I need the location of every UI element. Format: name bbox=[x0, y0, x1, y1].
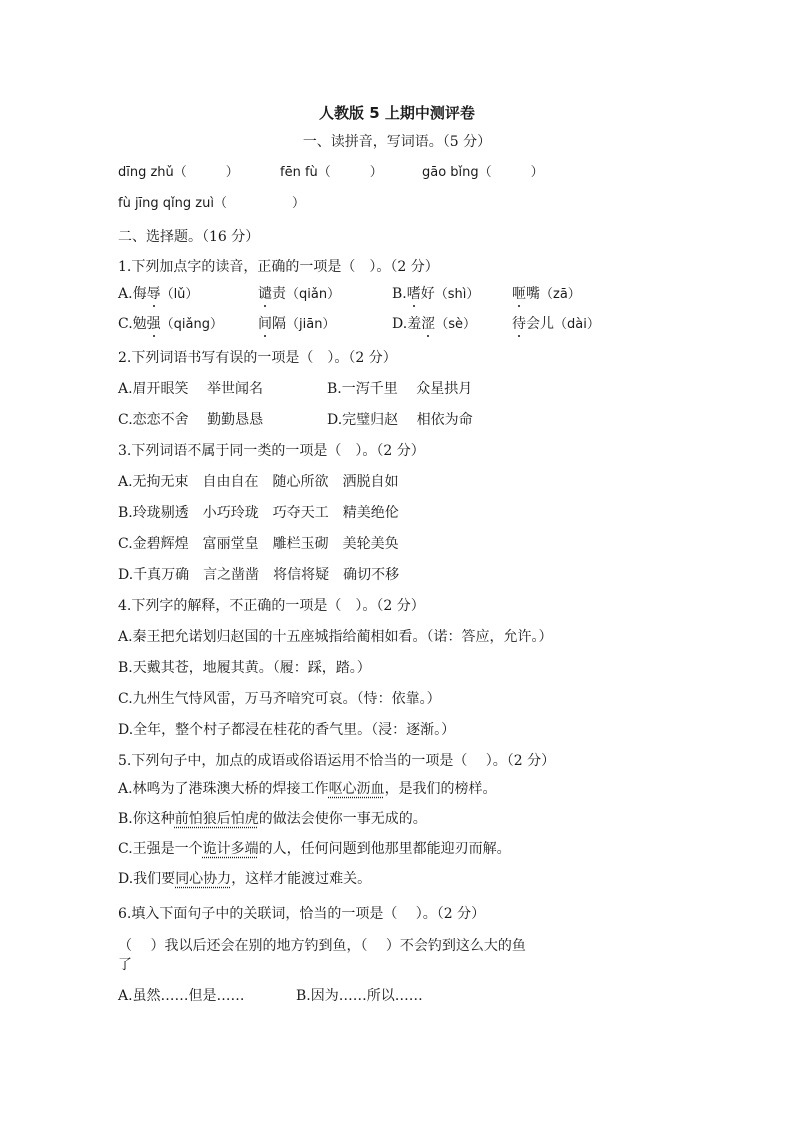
answer-blank[interactable]: （ ） bbox=[318, 165, 383, 180]
section-2-heading: 二、选择题。（16 分） bbox=[118, 228, 259, 246]
answer-blank[interactable]: （ ） bbox=[479, 165, 544, 180]
sentence-text: B.你这种 bbox=[118, 811, 175, 827]
option-a[interactable]: A.林鸣为了港珠澳大桥的焊接工作呕心沥血，是我们的榜样。 bbox=[118, 780, 497, 798]
question-5-stem: 5.下列句子中，加点的成语或俗语运用不恰当的一项是（ ）。（2 分） bbox=[118, 752, 555, 770]
section-1-heading: 一、读拼音，写词语。（5 分） bbox=[0, 131, 794, 151]
pinyin-row-2: fù jīng qǐng zuì（ ） bbox=[118, 195, 305, 213]
pinyin-text: fù jīng qǐng zuì bbox=[118, 196, 214, 211]
word-char: 羞 bbox=[407, 316, 421, 332]
dotted-phrase: 呕心沥血 bbox=[329, 781, 385, 797]
sentence-text: C.王强是一个 bbox=[118, 841, 203, 857]
option-b[interactable]: B.玲珑剔透 小巧玲珑 巧夺天工 精美绝伦 bbox=[118, 504, 399, 522]
pinyin-text: （qiǎn） bbox=[286, 287, 340, 302]
question-2-stem: 2.下列词语书写有误的一项是（ ）。（2 分） bbox=[118, 349, 397, 367]
option-label: A. bbox=[118, 286, 133, 302]
answer-blank[interactable]: （ ） bbox=[174, 165, 239, 180]
option-d[interactable]: D.羞涩（sè） bbox=[392, 315, 476, 334]
pinyin-text: fēn fù bbox=[280, 165, 318, 180]
option-a[interactable]: A.秦王把允诺划归赵国的十五座城指给蔺相如看。（诺：答应，允许。） bbox=[118, 628, 553, 646]
option-c[interactable]: C.王强是一个诡计多端的人，任何问题到他那里都能迎刃而解。 bbox=[118, 840, 511, 858]
option-label: B. bbox=[392, 286, 407, 302]
option-c[interactable]: C.恋恋不舍 勤勤恳恳 bbox=[118, 411, 263, 429]
pinyin-text: （jiān） bbox=[286, 317, 335, 332]
option-b[interactable]: B.嗜好（shì） bbox=[392, 285, 479, 304]
dotted-char: 待 bbox=[512, 315, 526, 333]
answer-blank[interactable]: （ ） bbox=[214, 196, 305, 211]
option-b-word-2: 咂嘴（zā） bbox=[512, 285, 581, 304]
dotted-char: 辱 bbox=[147, 285, 161, 303]
sentence-text: ，是我们的榜样。 bbox=[385, 781, 497, 797]
pinyin-text: dīng zhǔ bbox=[118, 165, 174, 180]
option-label: D. bbox=[392, 316, 407, 332]
dotted-char: 谴 bbox=[258, 285, 272, 303]
pinyin-text: （qiǎng） bbox=[161, 317, 223, 332]
option-a[interactable]: A.无拘无束 自由自在 随心所欲 洒脱自如 bbox=[118, 473, 399, 491]
pinyin-item: dīng zhǔ（ ） bbox=[118, 164, 239, 182]
option-a-word-2: 谴责（qiǎn） bbox=[258, 285, 340, 304]
word-char: 隔 bbox=[272, 316, 286, 332]
option-b[interactable]: B.一泻千里 众星拱月 bbox=[327, 380, 472, 398]
pinyin-text: （sè） bbox=[435, 317, 476, 332]
option-d-word-2: 待会儿（dài） bbox=[512, 315, 600, 334]
dotted-phrase: 同心协力 bbox=[175, 871, 231, 887]
sentence-text: 的人，任何问题到他那里都能迎刃而解。 bbox=[259, 841, 511, 857]
option-a[interactable]: A.虽然……但是…… bbox=[118, 987, 245, 1005]
question-6-stem: 6.填入下面句子中的关联词，恰当的一项是（ ）。（2 分） bbox=[118, 905, 485, 923]
pinyin-text: gāo bǐng bbox=[422, 165, 479, 180]
option-b[interactable]: B.因为……所以…… bbox=[296, 987, 423, 1005]
word-char: 侮 bbox=[133, 286, 147, 302]
dotted-char: 咂 bbox=[512, 285, 526, 303]
question-4-stem: 4.下列字的解释，不正确的一项是（ ）。（2 分） bbox=[118, 597, 425, 615]
question-1-options-row-1: A.侮辱（lǔ） 谴责（qiǎn） B.嗜好（shì） 咂嘴（zā） bbox=[118, 285, 678, 305]
dotted-phrase: 前怕狼后怕虎 bbox=[175, 811, 259, 827]
option-a[interactable]: A.侮辱（lǔ） bbox=[118, 285, 198, 304]
sentence-text: A.林鸣为了港珠澳大桥的焊接工作 bbox=[118, 781, 329, 797]
word-char: 好 bbox=[421, 286, 435, 302]
dotted-char: 嗜 bbox=[407, 285, 421, 303]
dotted-char: 间 bbox=[258, 315, 272, 333]
option-c[interactable]: C.九州生气恃风雷，万马齐喑究可哀。（恃：依靠。） bbox=[118, 690, 441, 708]
option-c-word-2: 间隔（jiān） bbox=[258, 315, 335, 334]
dotted-char: 涩 bbox=[421, 315, 435, 333]
pinyin-item: gāo bǐng（ ） bbox=[422, 164, 544, 182]
word-char: 嘴 bbox=[526, 286, 540, 302]
sentence-text: D.我们要 bbox=[118, 871, 175, 887]
option-c[interactable]: C.金碧辉煌 富丽堂皇 雕栏玉砌 美轮美奂 bbox=[118, 535, 399, 553]
question-1-stem: 1.下列加点字的读音，正确的一项是（ ）。（2 分） bbox=[118, 258, 439, 276]
option-d[interactable]: D.我们要同心协力，这样才能渡过难关。 bbox=[118, 870, 371, 888]
word-char: 责 bbox=[272, 286, 286, 302]
option-c[interactable]: C.勉强（qiǎng） bbox=[118, 315, 223, 334]
dotted-phrase: 诡计多端 bbox=[203, 841, 259, 857]
option-b[interactable]: B.天戴其苍，地履其黄。（履：踩，踏。） bbox=[118, 659, 371, 677]
option-d[interactable]: D.千真万确 言之凿凿 将信将疑 确切不移 bbox=[118, 566, 399, 584]
pinyin-text: （dài） bbox=[554, 317, 600, 332]
page-title: 人教版 5 上期中测评卷 bbox=[0, 102, 794, 123]
question-3-stem: 3.下列词语不属于同一类的一项是（ ）。（2 分） bbox=[118, 442, 425, 460]
question-6-sentence-line-1: （ ）我以后还会在别的地方钓到鱼，（ ）不会钓到这么大的鱼 bbox=[118, 937, 526, 955]
pinyin-text: （zā） bbox=[540, 287, 581, 302]
pinyin-text: （shì） bbox=[435, 287, 480, 302]
question-1-options-row-2: C.勉强（qiǎng） 间隔（jiān） D.羞涩（sè） 待会儿（dài） bbox=[118, 315, 678, 335]
word-char: 会儿 bbox=[526, 316, 554, 332]
word-char: 勉 bbox=[133, 316, 147, 332]
option-a[interactable]: A.眉开眼笑 举世闻名 bbox=[118, 380, 263, 398]
pinyin-item: fēn fù（ ） bbox=[280, 164, 383, 182]
pinyin-text: （lǔ） bbox=[161, 287, 199, 302]
option-d[interactable]: D.完璧归赵 相依为命 bbox=[327, 411, 473, 429]
sentence-text: 的做法会使你一事无成的。 bbox=[259, 811, 427, 827]
option-label: C. bbox=[118, 316, 133, 332]
option-b[interactable]: B.你这种前怕狼后怕虎的做法会使你一事无成的。 bbox=[118, 810, 427, 828]
sentence-text: ，这样才能渡过难关。 bbox=[231, 871, 371, 887]
dotted-char: 强 bbox=[147, 315, 161, 333]
question-6-sentence-line-2: 了 bbox=[118, 956, 132, 974]
option-d[interactable]: D.全年，整个村子都浸在桂花的香气里。（浸：逐渐。） bbox=[118, 721, 455, 739]
